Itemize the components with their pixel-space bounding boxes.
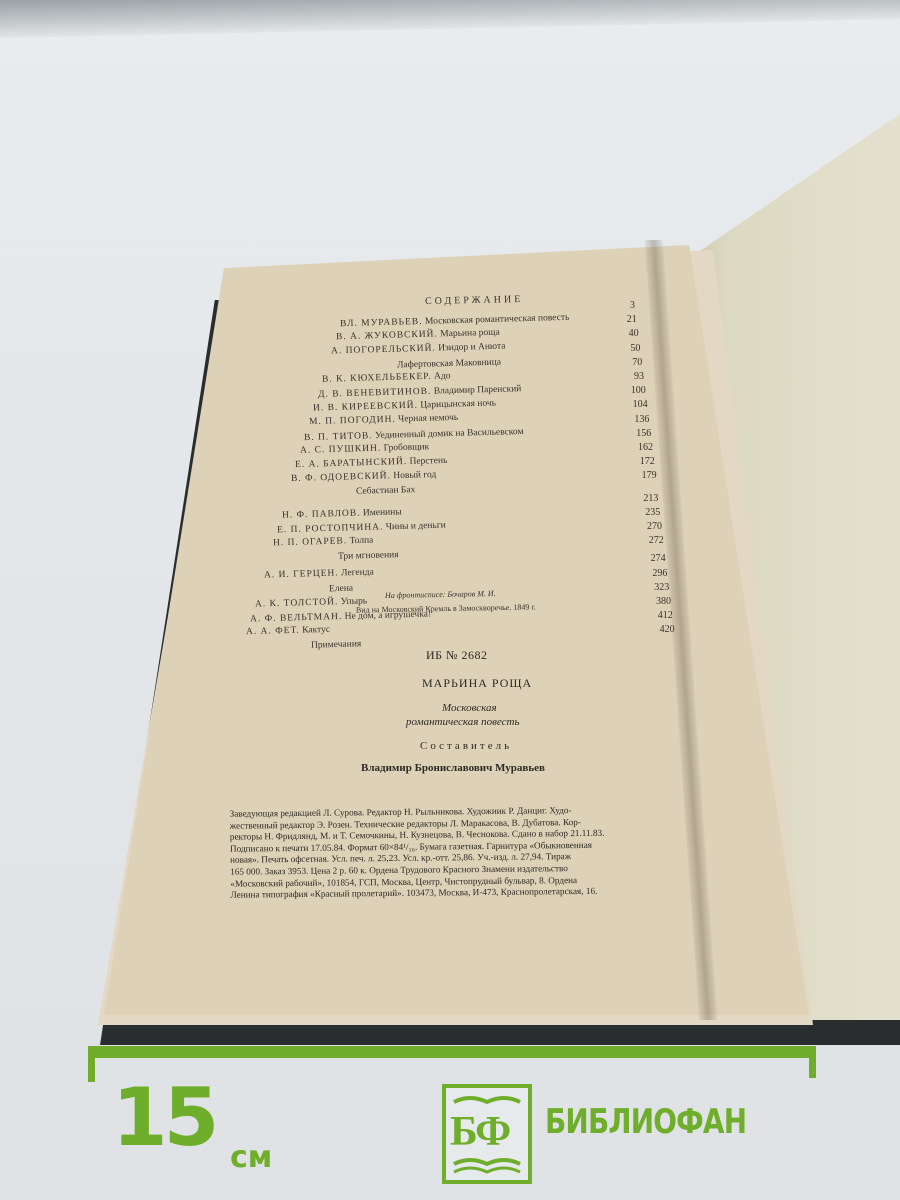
- toc-page-number: 274: [626, 553, 666, 564]
- ruler-tick: [88, 1046, 95, 1082]
- toc-work-title: Толпа: [349, 536, 373, 547]
- toc-work-title: Примечания: [311, 640, 361, 651]
- toc-work-title: Чины и деньги: [386, 520, 446, 532]
- toc-author: А. И. ГЕРЦЕН.: [263, 569, 338, 581]
- toc-title: СОДЕРЖАНИЕ: [425, 294, 523, 307]
- toc-page-number: 156: [611, 428, 651, 439]
- toc-work-title: Марьина роща: [440, 328, 500, 340]
- frontispiece-caption: Вид на Московский Кремль в Замоскворечье…: [356, 602, 536, 614]
- toc-work-title: Новый год: [393, 470, 436, 481]
- toc-entry: Е. П. РОСТОПЧИНА. Чины и деньги: [277, 520, 446, 535]
- toc-author: Н. П. ОГАРЕВ.: [272, 536, 346, 548]
- toc-author: И. В. КИРЕЕВСКИЙ.: [313, 401, 418, 414]
- toc-author: Н. Ф. ПАВЛОВ.: [281, 508, 360, 520]
- toc-page-number: 213: [618, 493, 658, 504]
- toc-work-title: Елена: [329, 583, 353, 594]
- toc-author: Д. В. ВЕНЕВИТИНОВ.: [317, 387, 431, 400]
- toc-author: А. С. ПУШКИН.: [299, 443, 381, 455]
- toc-page-number: 179: [617, 470, 657, 481]
- toc-author: А. Ф. ВЕЛЬТМАН.: [250, 612, 343, 625]
- toc-page-number: 70: [602, 357, 642, 368]
- toc-work-title: Себастиан Бах: [356, 486, 416, 498]
- toc-entry: В. П. ТИТОВ. Уединенный домик на Василье…: [304, 427, 524, 443]
- toc-page-number: 172: [615, 456, 655, 467]
- logo-mark: БФ: [442, 1084, 532, 1184]
- toc-page-number: 412: [633, 610, 673, 621]
- toc-author: М. П. ПОГОДИН.: [308, 415, 395, 427]
- toc-entry: Н. Ф. ПАВЛОВ. Именины: [281, 507, 401, 520]
- ruler-number: 15: [112, 1078, 215, 1158]
- toc-page-number: 420: [635, 624, 675, 635]
- toc-entry: Лафертовская Маковница: [396, 357, 500, 370]
- toc-author: В. П. ТИТОВ.: [304, 431, 373, 443]
- toc-entry: Е. А. БАРАТЫНСКИЙ. Перстень: [295, 456, 448, 470]
- toc-work-title: Московская романтическая повесть: [425, 313, 570, 327]
- toc-work-title: Кактус: [301, 625, 329, 636]
- toc-author: ВЛ. МУРАВЬЕВ.: [340, 317, 423, 329]
- brand-name: БИБЛИОФАН: [545, 1102, 746, 1142]
- toc-page-number: 296: [627, 568, 667, 579]
- toc-entry: Н. П. ОГАРЕВ. Толпа: [272, 536, 373, 549]
- toc-page-number: 40: [599, 328, 639, 339]
- toc-author: Е. А. БАРАТЫНСКИЙ.: [295, 457, 407, 470]
- toc-work-title: Перстень: [409, 456, 447, 467]
- toc-entry: А. А. ФЕТ. Кактус: [245, 625, 329, 637]
- compiler-name: Владимир Брониславович Муравьев: [361, 762, 545, 774]
- toc-entry: М. П. ПОГОДИН. Черная немочь: [308, 413, 457, 427]
- subtitle-line-1: Московская: [442, 702, 497, 714]
- toc-entry: А. ПОГОРЕЛЬСКИЙ. Изидор и Анюта: [331, 342, 506, 357]
- imprint-block: Заведующая редакцией Л. Сурова. Редактор…: [230, 803, 741, 901]
- ruler-unit: см: [230, 1140, 272, 1175]
- toc-work-title: Именины: [362, 507, 401, 518]
- book-title: МАРЬИНА РОЩА: [422, 676, 532, 691]
- toc-work-title: Уединенный домик на Васильевском: [375, 427, 524, 441]
- toc-work-title: Адо: [434, 371, 451, 381]
- toc-work-title: Черная немочь: [397, 413, 457, 425]
- toc-page-number: 50: [600, 343, 640, 354]
- toc-work-title: Гробовщик: [383, 442, 429, 453]
- toc-work-title: Лафертовская Маковница: [396, 357, 500, 370]
- toc-work-title: Три мгновения: [338, 550, 399, 562]
- toc-work-title: Владимир Паренский: [433, 384, 521, 396]
- toc-page-number: 100: [606, 385, 646, 396]
- toc-page-number: 380: [631, 596, 671, 607]
- toc-author: В. А. ЖУКОВСКИЙ.: [335, 330, 437, 343]
- toc-page-number: 104: [608, 399, 648, 410]
- page-text: СОДЕРЖАНИЕ ВЛ. МУРАВЬЕВ. Московская рома…: [0, 0, 900, 1200]
- toc-author: А. К. ТОЛСТОЙ.: [254, 597, 338, 609]
- toc-page-number: 21: [597, 314, 637, 325]
- toc-author: А. ПОГОРЕЛЬСКИЙ.: [331, 344, 436, 357]
- toc-author: Е. П. РОСТОПЧИНА.: [277, 522, 384, 535]
- ruler-bar: [88, 1046, 816, 1058]
- toc-entry: А. К. ТОЛСТОЙ. Упырь: [254, 596, 366, 609]
- toc-work-title: Изидор и Анюта: [438, 342, 506, 354]
- toc-author: В. К. КЮХЕЛЬБЕКЕР.: [322, 372, 432, 385]
- toc-page-number: 272: [624, 535, 664, 546]
- toc-entry: В. К. КЮХЕЛЬБЕКЕР. Адо: [322, 371, 451, 385]
- toc-entry: В. А. ЖУКОВСКИЙ. Марьина роща: [335, 328, 499, 343]
- toc-work-title: Царицынская ночь: [420, 399, 496, 411]
- toc-work-title: Легенда: [340, 568, 373, 579]
- toc-entry: И. В. КИРЕЕВСКИЙ. Царицынская ночь: [313, 399, 496, 414]
- toc-page-number: 270: [622, 521, 662, 532]
- toc-entry: Себастиан Бах: [356, 486, 416, 498]
- toc-entry: Примечания: [311, 640, 361, 651]
- toc-page-number: 136: [609, 414, 649, 425]
- toc-entry: А. С. ПУШКИН. Гробовщик: [299, 442, 428, 456]
- subtitle-line-2: романтическая повесть: [406, 716, 519, 728]
- toc-page-number: 93: [604, 371, 644, 382]
- toc-entry: ВЛ. МУРАВЬЕВ. Московская романтическая п…: [340, 313, 570, 329]
- ruler-tick: [809, 1046, 816, 1078]
- toc-page-number: 3: [595, 300, 635, 311]
- ib-number: ИБ № 2682: [426, 648, 488, 663]
- toc-entry: В. Ф. ОДОЕВСКИЙ. Новый год: [290, 470, 436, 484]
- toc-author: А. А. ФЕТ.: [245, 626, 299, 637]
- toc-entry: Д. В. ВЕНЕВИТИНОВ. Владимир Паренский: [317, 384, 521, 400]
- toc-entry: А. И. ГЕРЦЕН. Легенда: [263, 568, 373, 581]
- compiler-label: Составитель: [420, 740, 512, 752]
- toc-page-number: 323: [629, 582, 669, 593]
- frontispiece-credit: На фронтисписе: Бочаров М. И.: [385, 589, 496, 600]
- toc-author: В. Ф. ОДОЕВСКИЙ.: [290, 471, 390, 484]
- logo-letters: БФ: [450, 1108, 509, 1156]
- toc-page-number: 162: [613, 442, 653, 453]
- toc-entry: Три мгновения: [338, 550, 399, 562]
- toc-page-number: 235: [620, 507, 660, 518]
- toc-entry: Елена: [329, 583, 353, 594]
